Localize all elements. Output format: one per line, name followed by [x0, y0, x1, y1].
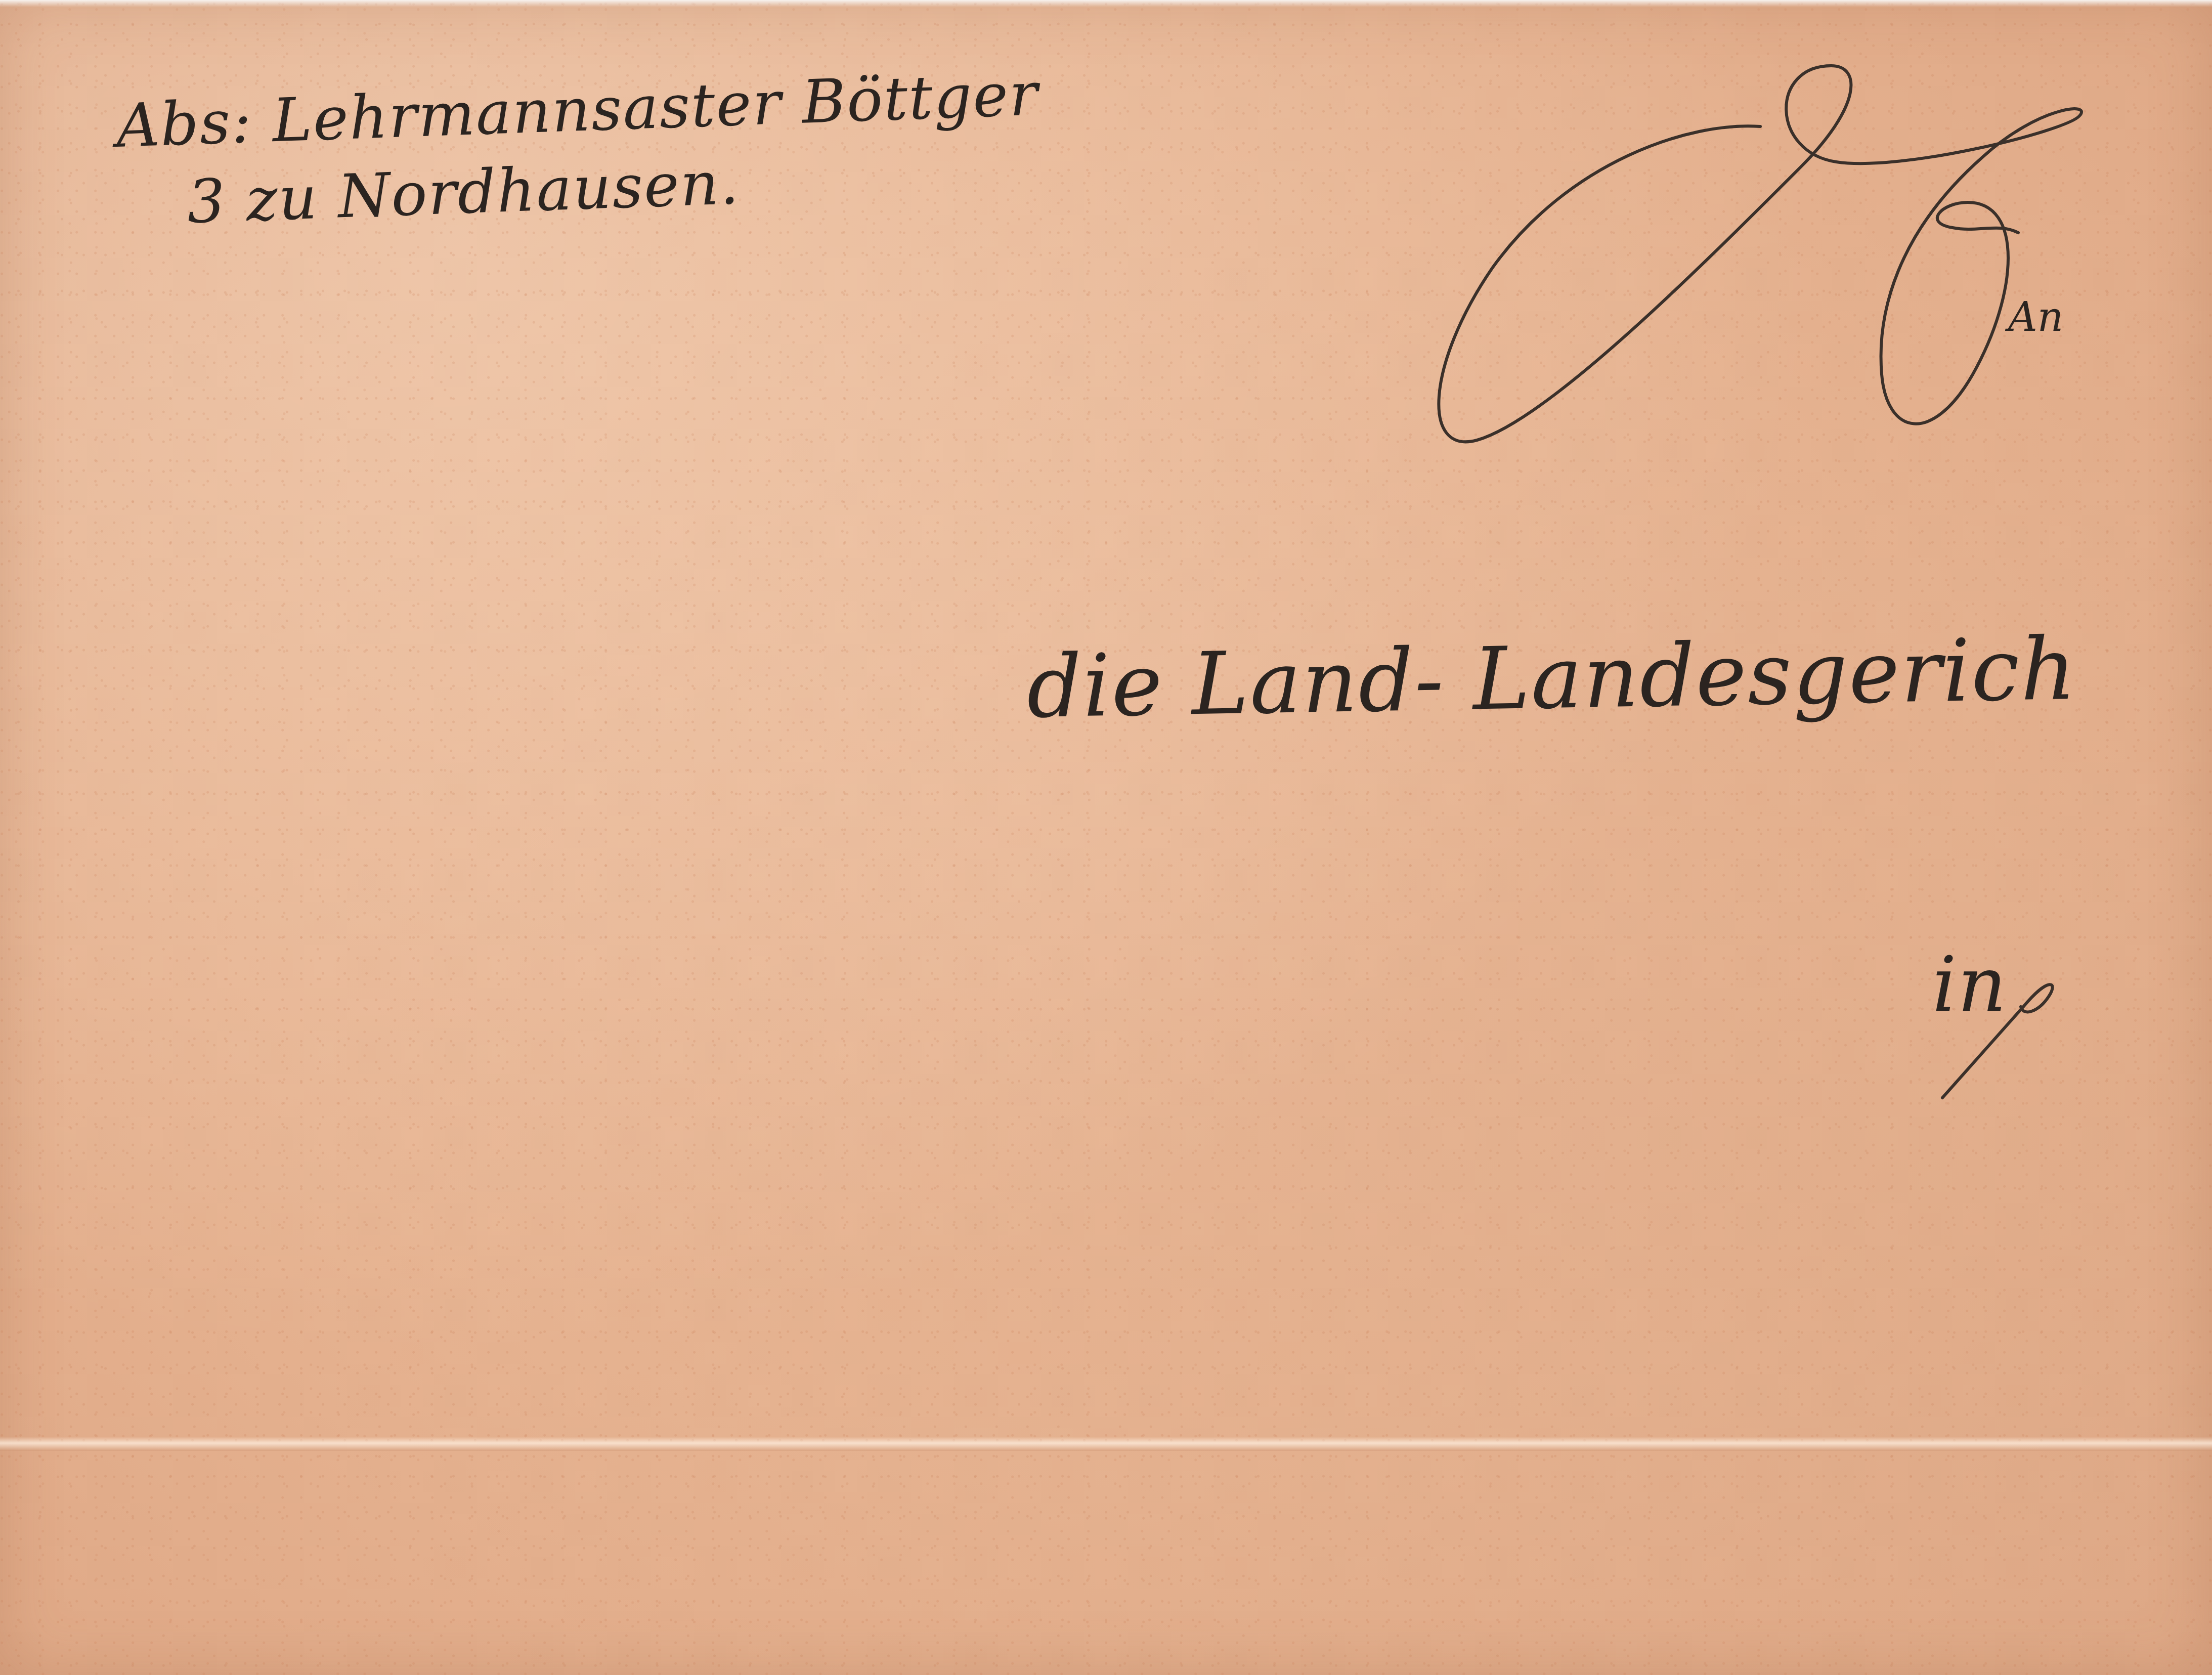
top-edge	[0, 0, 2212, 7]
addressee-line: die Land- Landesgerich	[1026, 619, 2077, 738]
place-prefix: in	[1932, 941, 2008, 1029]
salutation-suffix: An	[2008, 293, 2063, 340]
envelope: Abs: Lehrmannsaster Böttger 3 zu Nordhau…	[0, 0, 2212, 1675]
envelope-fold-crease	[0, 1437, 2212, 1451]
flourish-an-icon	[1416, 51, 2124, 455]
